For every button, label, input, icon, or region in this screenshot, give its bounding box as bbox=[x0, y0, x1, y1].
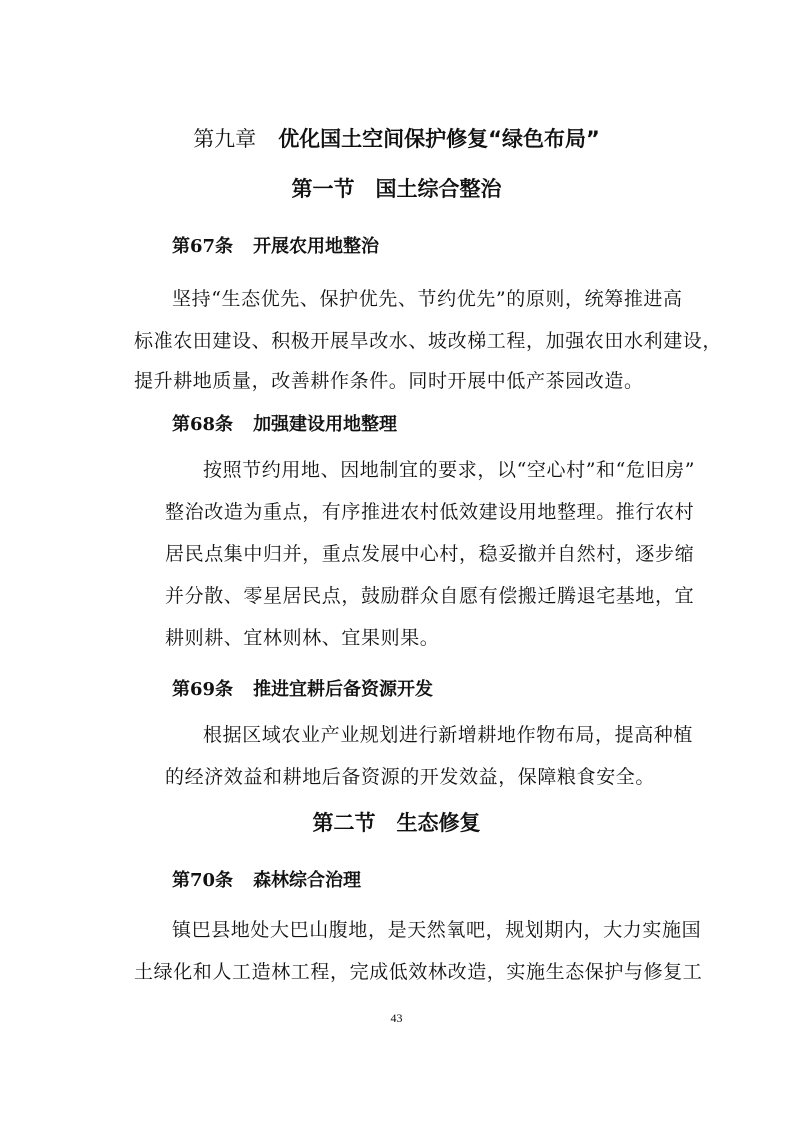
chapter-title: 优化国土空间保护修复“绿色布局” bbox=[278, 127, 600, 151]
article-heading: 第70条森林综合治理 bbox=[172, 866, 361, 896]
article-heading: 第68条加强建设用地整理 bbox=[172, 410, 397, 440]
paragraph-line: 镇巴县地处大巴山腹地，是天然氧吧，规划期内，大力实施国 bbox=[172, 915, 701, 945]
paragraph-line: 并分散、零星居民点，鼓励群众自愿有偿搬迁腾退宅基地，宜 bbox=[165, 581, 694, 611]
page-number: 43 bbox=[0, 1010, 793, 1026]
paragraph-line: 的经济效益和耕地后备资源的开发效益，保障粮食安全。 bbox=[165, 762, 655, 792]
article-number: 第70条 bbox=[172, 870, 233, 891]
article-number: 第68条 bbox=[172, 414, 233, 435]
paragraph-line: 耕则耕、宜林则林、宜果则果。 bbox=[165, 623, 439, 653]
paragraph-line: 整治改造为重点，有序推进农村低效建设用地整理。推行农村 bbox=[165, 497, 694, 527]
paragraph-line: 土绿化和人工造林工程，完成低效林改造，实施生态保护与修复工 bbox=[134, 957, 702, 987]
section-heading: 第一节 国土综合整治 bbox=[0, 172, 793, 206]
article-title: 加强建设用地整理 bbox=[253, 414, 397, 435]
paragraph-line: 居民点集中归并，重点发展中心村，稳妥撤并自然村，逐步缩 bbox=[165, 539, 694, 569]
article-title: 开展农用地整治 bbox=[253, 236, 379, 257]
paragraph-line: 提升耕地质量，改善耕作条件。同时开展中低产茶园改造。 bbox=[134, 366, 644, 396]
paragraph-line: 按照节约用地、因地制宜的要求，以“空心村”和“危旧房” bbox=[203, 455, 695, 485]
paragraph-line: 坚持“生态优先、保护优先、节约优先”的原则，统筹推进高 bbox=[172, 284, 683, 314]
chapter-heading: 第九章优化国土空间保护修复“绿色布局” bbox=[0, 122, 793, 156]
article-heading: 第69条推进宜耕后备资源开发 bbox=[172, 675, 433, 705]
document-page: 第九章优化国土空间保护修复“绿色布局” 第一节 国土综合整治 第67条开展农用地… bbox=[0, 0, 793, 1122]
section-heading: 第二节 生态修复 bbox=[0, 806, 793, 840]
paragraph-line: 标准农田建设、积极开展旱改水、坡改梯工程，加强农田水利建设， bbox=[134, 326, 722, 356]
article-number: 第69条 bbox=[172, 679, 233, 700]
article-heading: 第67条开展农用地整治 bbox=[172, 232, 379, 262]
chapter-number: 第九章 bbox=[193, 127, 256, 151]
article-title: 森林综合治理 bbox=[253, 870, 361, 891]
article-number: 第67条 bbox=[172, 236, 233, 257]
article-title: 推进宜耕后备资源开发 bbox=[253, 679, 433, 700]
paragraph-line: 根据区域农业产业规划进行新增耕地作物布局，提高种植 bbox=[203, 720, 693, 750]
